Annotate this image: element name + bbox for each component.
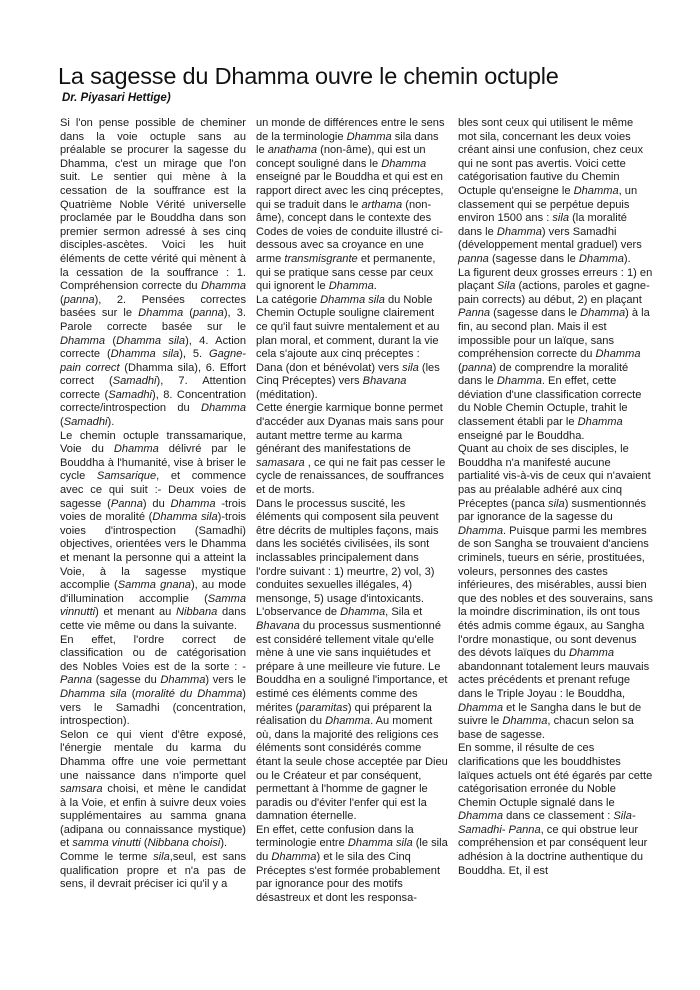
text-run: (sagesse dans le xyxy=(490,307,580,319)
italic-term: sila xyxy=(402,362,419,374)
italic-term: panna xyxy=(458,253,489,265)
italic-term: Dhamma xyxy=(458,525,503,537)
italic-term: Dhamma xyxy=(579,253,624,265)
column-right: bles sont ceux qui utilisent le même mot… xyxy=(458,117,653,878)
article-title: La sagesse du Dhamma ouvre le chemin oct… xyxy=(58,62,559,90)
paragraph: Comme le terme sila,seul, est sans quali… xyxy=(60,851,246,892)
italic-term: Dhamma xyxy=(569,647,614,659)
paragraph: Quant au choix de ses disciples, le Boud… xyxy=(458,443,653,742)
italic-term: Dhamma sila xyxy=(116,335,185,347)
paragraph: Si l'on pense possible de cheminer dans … xyxy=(60,117,246,430)
text-run: enseigné par le Bouddha. xyxy=(458,430,584,442)
italic-term: Dhamma xyxy=(138,307,183,319)
text-run: dans ce classement : xyxy=(503,810,613,822)
italic-term: Panna xyxy=(60,674,92,686)
column-middle: un monde de différences entre le sens de… xyxy=(256,117,448,905)
italic-term: Samadhi xyxy=(108,389,152,401)
text-run: (sagesse du xyxy=(92,674,160,686)
text-run: En effet, l'ordre correct de classificat… xyxy=(60,634,246,673)
paragraph: La catégorie Dhamma sila du Noble Chemin… xyxy=(256,294,448,403)
text-run: Si l'on pense possible de cheminer dans … xyxy=(60,117,246,292)
document-page: La sagesse du Dhamma ouvre le chemin oct… xyxy=(0,0,700,990)
italic-term: Samma gnana xyxy=(118,579,191,591)
italic-term: Dhamma sila xyxy=(111,348,180,360)
italic-term: Dhamma xyxy=(201,402,246,414)
italic-term: samasara xyxy=(256,457,305,469)
text-run: ) et menant au xyxy=(95,606,176,618)
italic-term: arthama xyxy=(361,199,402,211)
paragraph: Selon ce qui vient d'être exposé, l'éner… xyxy=(60,729,246,851)
text-run: Comme le terme xyxy=(60,851,153,863)
paragraph: En effet, cette confusion dans la termin… xyxy=(256,824,448,906)
italic-term: Dhamma xyxy=(580,307,625,319)
italic-term: panna xyxy=(462,362,493,374)
article-author: Dr. Piyasari Hettige) xyxy=(62,91,171,105)
paragraph: Le chemin octuple transsamarique, Voie d… xyxy=(60,430,246,634)
text-run: Cette énergie karmique bonne permet d'ac… xyxy=(256,402,444,455)
text-run: (sagesse dans le xyxy=(489,253,579,265)
text-run: ). xyxy=(624,253,631,265)
paragraph: un monde de différences entre le sens de… xyxy=(256,117,448,294)
text-run: ) vers le xyxy=(205,674,246,686)
italic-term: sila xyxy=(552,212,569,224)
text-run: La catégorie xyxy=(256,294,320,306)
italic-term: samsara xyxy=(60,783,103,795)
italic-term: Nibbana choisi xyxy=(148,837,221,849)
italic-term: Samadhi xyxy=(64,416,108,428)
italic-term: moralité du Dhamma xyxy=(135,688,242,700)
italic-term: Dhamma xyxy=(160,674,205,686)
italic-term: transmisgrante xyxy=(284,253,357,265)
italic-term: Dhamma xyxy=(201,280,246,292)
text-run: , Sila et xyxy=(385,606,422,618)
text-run: ). xyxy=(220,837,227,849)
italic-term: Dhamma xyxy=(458,810,503,822)
italic-term: Panna xyxy=(458,307,490,319)
italic-term: Dhamma xyxy=(502,715,547,727)
italic-term: Dhamma xyxy=(596,348,641,360)
text-run: Dans le processus suscité, les éléments … xyxy=(256,498,439,619)
italic-term: Dhamma xyxy=(325,715,370,727)
text-run: ) du xyxy=(143,498,171,510)
text-run: du processus susmentionné est considéré … xyxy=(256,620,447,714)
paragraph: bles sont ceux qui utilisent le même mot… xyxy=(458,117,653,267)
italic-term: Dhamma sila xyxy=(348,837,413,849)
italic-term: Dhamma xyxy=(347,131,392,143)
italic-term: anathama xyxy=(268,144,317,156)
text-run: ( xyxy=(105,335,116,347)
italic-term: Dhamma xyxy=(114,443,159,455)
text-run: ( xyxy=(141,837,148,849)
italic-term: Dhamma xyxy=(329,280,374,292)
italic-term: Bhavana xyxy=(363,375,407,387)
italic-term: Nibbana xyxy=(176,606,217,618)
text-run: . xyxy=(374,280,377,292)
text-run: . Puisque parmi les membres de son Sangh… xyxy=(458,525,653,659)
italic-term: Sila xyxy=(497,280,516,292)
text-run: En somme, il résulte de ces clarificatio… xyxy=(458,742,652,808)
italic-term: Dhamma xyxy=(340,606,385,618)
italic-term: Dhamma xyxy=(578,416,623,428)
text-run: . Au moment où, dans la majorité des rel… xyxy=(256,715,448,822)
italic-term: Dhamma sila xyxy=(320,294,385,306)
italic-term: Dhamma xyxy=(171,498,216,510)
italic-term: Samsarique xyxy=(97,470,156,482)
paragraph: Cette énergie karmique bonne permet d'ac… xyxy=(256,402,448,497)
text-run: ). xyxy=(108,416,115,428)
italic-term: Dhamma xyxy=(458,702,503,714)
italic-term: samma vinutti xyxy=(72,837,140,849)
italic-term: Dhamma xyxy=(497,375,542,387)
italic-term: Dhamma xyxy=(271,851,316,863)
italic-term: sila xyxy=(548,498,565,510)
italic-term: sila xyxy=(153,851,170,863)
text-run: ( xyxy=(183,307,193,319)
italic-term: panna xyxy=(64,294,95,306)
italic-term: Dhamma xyxy=(497,226,542,238)
italic-term: Dhamma xyxy=(60,335,105,347)
column-left: Si l'on pense possible de cheminer dans … xyxy=(60,117,246,892)
italic-term: panna xyxy=(193,307,224,319)
italic-term: Dhamma sila xyxy=(60,688,127,700)
italic-term: paramitas xyxy=(299,702,348,714)
italic-term: Panna xyxy=(111,498,143,510)
text-run: Selon ce qui vient d'être exposé, l'éner… xyxy=(60,729,246,782)
italic-term: Dhamma sila xyxy=(152,511,217,523)
italic-term: Dhamma xyxy=(574,185,619,197)
italic-term: Bhavana xyxy=(256,620,300,632)
text-run: ), 5. xyxy=(179,348,209,360)
text-run: abandonnant totalement leurs mauvais act… xyxy=(458,661,649,700)
italic-term: Samadhi xyxy=(113,375,157,387)
italic-term: Dhamma xyxy=(381,158,426,170)
paragraph: Dans le processus suscité, les éléments … xyxy=(256,498,448,824)
paragraph: En effet, l'ordre correct de classificat… xyxy=(60,634,246,729)
text-run: (méditation). xyxy=(256,389,318,401)
paragraph: En somme, il résulte de ces clarificatio… xyxy=(458,742,653,878)
paragraph: La figurent deux grosses erreurs : 1) en… xyxy=(458,267,653,444)
